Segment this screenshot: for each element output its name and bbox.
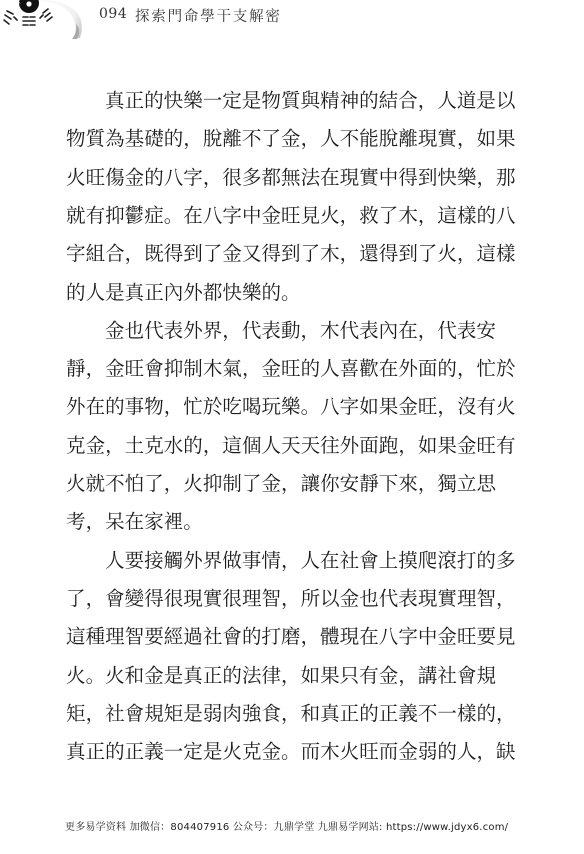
text-line: 真正的正義一定是火克金。而木火旺而金弱的人，缺	[66, 740, 516, 778]
text-line: 人要接觸外界做事情，人在社會上摸爬滾打的多	[105, 549, 515, 587]
text-line: 金也代表外界，代表動，木代表內在，代表安	[105, 319, 496, 357]
book-title: 探索門命學干支解密	[135, 5, 282, 26]
text-line: 就有抑鬱症。在八字中金旺見火，救了木，這樣的八	[66, 204, 516, 242]
text-line: 靜，金旺會抑制木氣，金旺的人喜歡在外面的，忙於	[66, 357, 516, 395]
text-line: 火。火和金是真正的法律，如果只有金，講社會規	[66, 664, 496, 702]
text-line: 真正的快樂一定是物質與精神的結合，人道是以	[105, 89, 515, 127]
text-line: 火旺傷金的八字，很多都無法在現實中得到快樂，那	[66, 166, 516, 204]
page-number: 094	[99, 6, 127, 22]
text-line: 矩，社會規矩是弱肉強食，和真正的正義不一樣的，	[66, 702, 516, 740]
taiji-bagua-icon	[0, 0, 90, 40]
text-line: 克金，土克水的，這個人天天往外面跑，如果金旺有	[66, 434, 516, 472]
text-line: 物質為基礎的，脫離不了金，人不能脫離現實，如果	[66, 127, 516, 165]
page-header: 094 探索門命學干支解密	[0, 0, 584, 42]
footer-promo: 更多易学资料 加微信：804407916 公众号：九鼎学堂 九鼎易学网站: ht…	[65, 818, 508, 833]
text-line: 考，呆在家裡。	[66, 510, 203, 548]
text-line: 外在的事物，忙於吃喝玩樂。八字如果金旺，沒有火	[66, 395, 516, 433]
text-line: 火就不怕了，火抑制了金，讓你安靜下來，獨立思	[66, 472, 496, 510]
text-line: 這種理智要經過社會的打磨，體現在八字中金旺要見	[66, 625, 516, 663]
text-line: 字組合，既得到了金又得到了木，還得到了火，這樣	[66, 242, 516, 280]
text-line: 了，會變得很現實很理智，所以金也代表現實理智，	[66, 587, 516, 625]
text-line: 的人是真正內外都快樂的。	[66, 281, 301, 319]
